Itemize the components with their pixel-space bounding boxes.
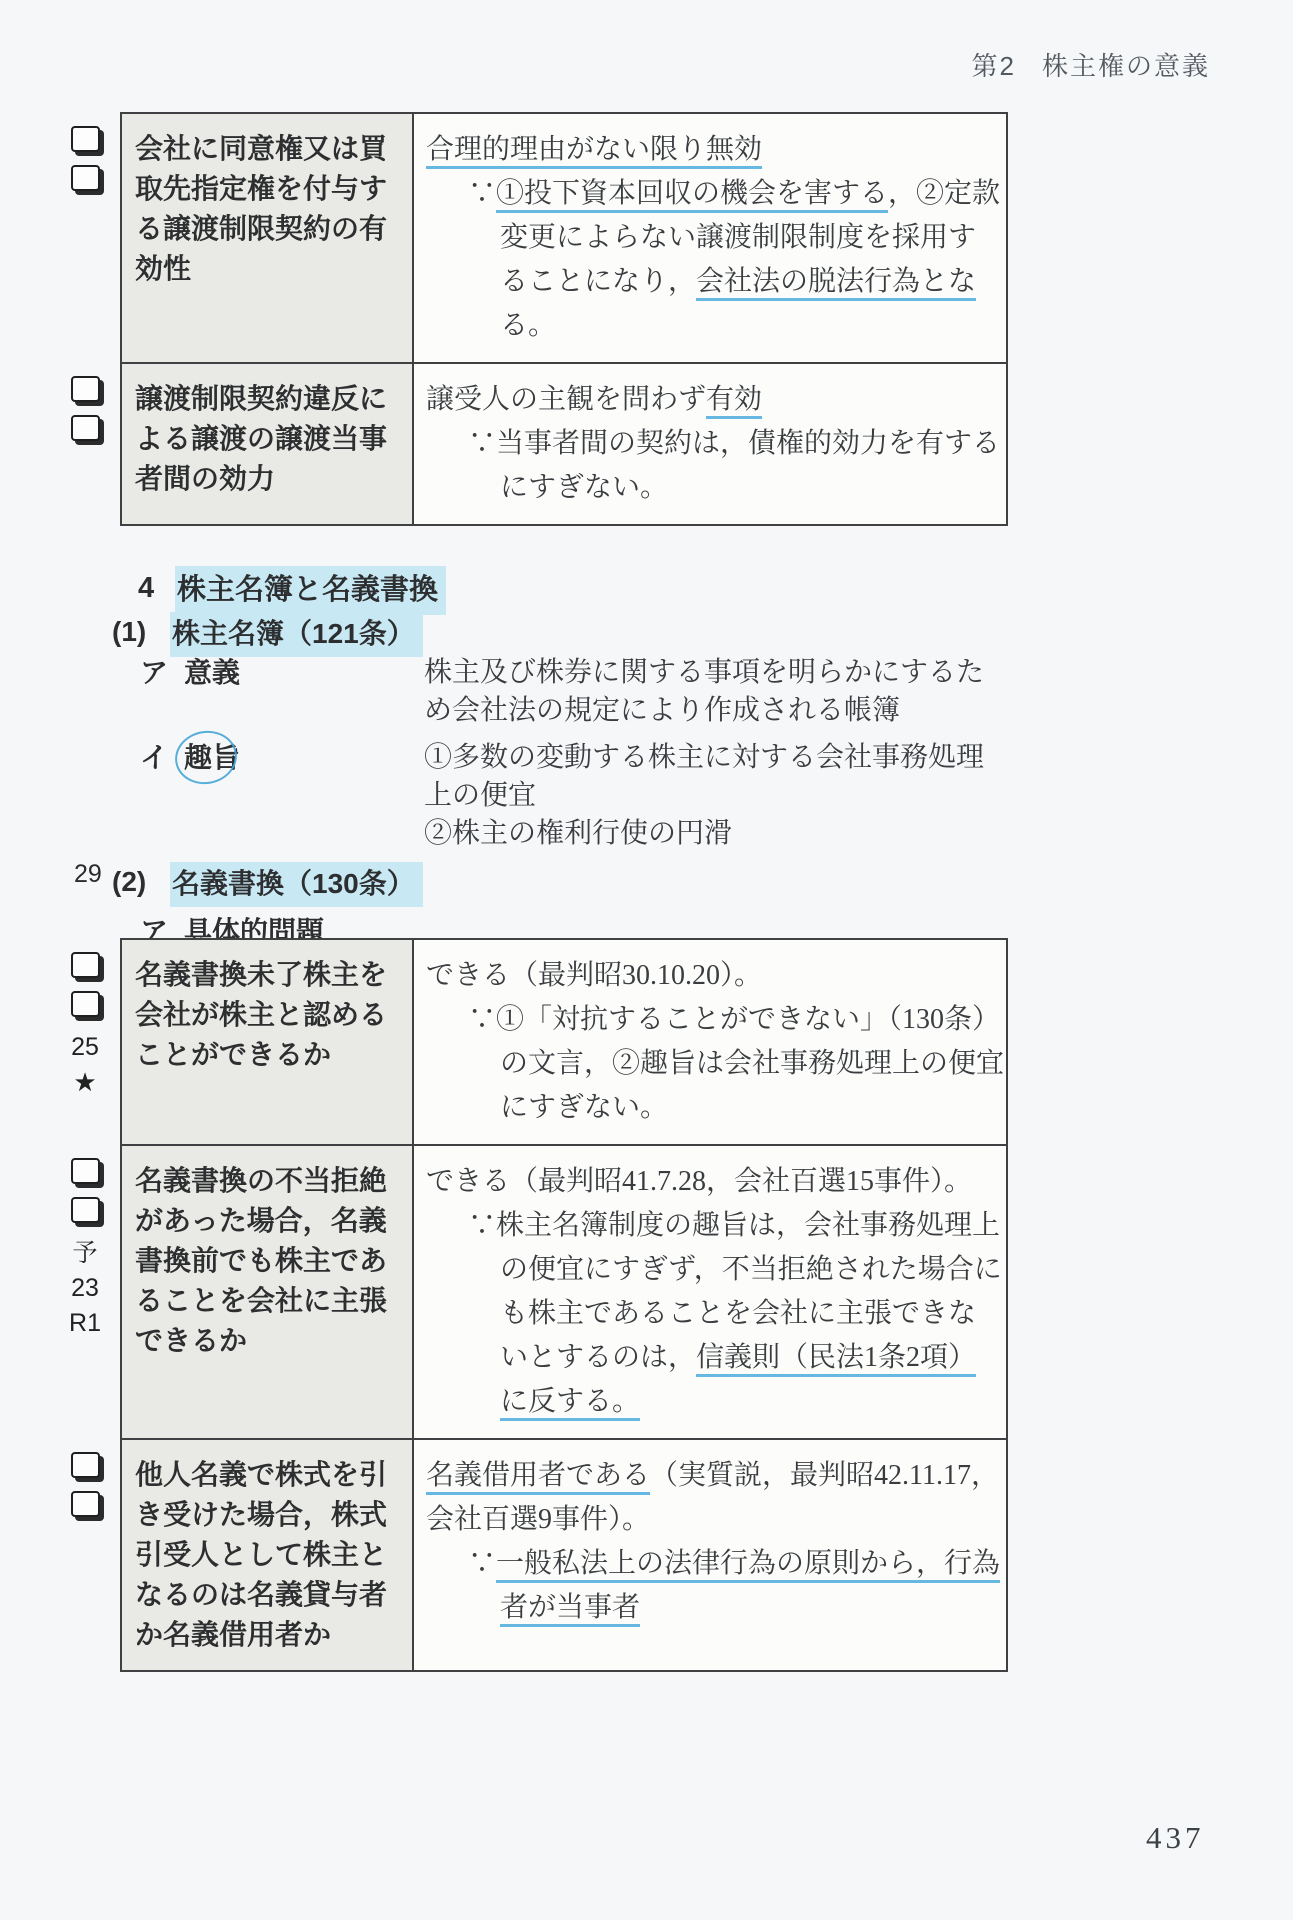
checkbox-icon — [71, 1452, 100, 1478]
table-row: 会社に同意権又は買取先指定権を付与する譲渡制限契約の有効性合理的理由がない限り無… — [122, 114, 1006, 362]
outline-line: め会社法の規定により作成される帳簿 — [62, 692, 1122, 730]
row-margin-markers: 25★ — [64, 952, 106, 1100]
subsection-title-highlighted: 株主名簿（121条） — [170, 612, 423, 657]
answer-text: いとするのは， — [500, 1342, 696, 1373]
exam-tag-label: 予 — [64, 1236, 106, 1271]
checkbox-icon — [71, 126, 100, 152]
section-heading: 4株主名簿と名義書換 — [62, 566, 1122, 612]
row-margin-markers — [64, 376, 106, 454]
answer-line: ∵当事者間の契約は，債権的効力を有する — [426, 422, 1006, 466]
answer-line: 変更によらない譲渡制限制度を採用す — [426, 216, 1006, 260]
chapter-title: 株主権の意義 — [1042, 46, 1210, 83]
answer-text: ∵ — [468, 1210, 496, 1241]
answer-line: の便宜にすぎず，不当拒絶された場合に — [426, 1248, 1006, 1292]
exam-tag-label: 25 — [64, 1030, 106, 1065]
answer-line: も株主であることを会社に主張できな — [426, 1292, 1006, 1336]
issues-table-2: 25★名義書換未了株主を会社が株主と認めることができるかできる（最判昭30.10… — [62, 938, 1012, 1672]
margin-number: 29 — [74, 854, 102, 894]
answer-line: 名義借用者である（実質説，最判昭42.11.17， — [426, 1454, 1006, 1498]
answer-line: 者が当事者 — [426, 1586, 1006, 1630]
answer-text: 変更によらない譲渡制限制度を採用す — [500, 222, 976, 253]
marker-underlined-text: 合理的理由がない限り無効 — [426, 134, 762, 169]
question-cell: 名義書換の不当拒絶があった場合，名義書換前でも株主であることを会社に主張できるか — [122, 1146, 414, 1438]
answer-text: 当事者間の契約は，債権的効力を有する — [496, 428, 1000, 459]
marker-underlined-text: 名義借用者である — [426, 1460, 650, 1495]
answer-text: ∵ — [468, 178, 496, 209]
checkbox-icon — [71, 415, 100, 441]
table-body: 25★名義書換未了株主を会社が株主と認めることができるかできる（最判昭30.10… — [120, 938, 1008, 1672]
subsection-label: (1) — [112, 612, 146, 652]
marker-underlined-text: 信義則（民法1条2項） — [696, 1342, 976, 1377]
answer-text: 株主名簿制度の趣旨は，会社事務処理上 — [496, 1210, 1000, 1241]
table-row: 譲渡制限契約違反による譲渡の譲渡当事者間の効力譲受人の主観を問わず有効∵当事者間… — [122, 362, 1006, 524]
table-row: 予23R1名義書換の不当拒絶があった場合，名義書換前でも株主であることを会社に主… — [122, 1144, 1006, 1438]
outline-line: ②株主の権利行使の円滑 — [62, 815, 1122, 853]
row-margin-markers — [64, 126, 106, 204]
answer-line: る。 — [426, 304, 1006, 348]
definition-text: 株主及び株券に関する事項を明らかにするた — [424, 654, 984, 691]
question-cell: 他人名義で株式を引き受けた場合，株式引受人として株主となるのは名義貸与者か名義借… — [122, 1440, 414, 1670]
answer-cell: できる（最判昭30.10.20）。∵①「対抗することができない」（130条）の文… — [414, 940, 1006, 1144]
row-margin-markers — [64, 1452, 106, 1530]
exam-tag-label: 23 — [64, 1271, 106, 1306]
answer-text: ることになり， — [500, 266, 696, 297]
checkbox-icon — [71, 165, 100, 191]
heading-title-highlighted: 株主名簿と名義書換 — [175, 566, 446, 615]
answer-text: の文言，②趣旨は会社事務処理上の便宜 — [500, 1048, 1004, 1079]
definition-text: め会社法の規定により作成される帳簿 — [424, 692, 900, 729]
answer-text: （実質説，最判昭42.11.17， — [650, 1460, 999, 1491]
answer-text: も株主であることを会社に主張できな — [500, 1298, 976, 1329]
answer-line: にすぎない。 — [426, 466, 1006, 510]
chapter-label: 第2 — [972, 46, 1016, 83]
answer-line: ∵①投下資本回収の機会を害する，②定款 — [426, 172, 1006, 216]
star-icon: ★ — [64, 1065, 106, 1100]
issues-table-1: 会社に同意権又は買取先指定権を付与する譲渡制限契約の有効性合理的理由がない限り無… — [62, 112, 1012, 526]
answer-text: ∵ — [468, 1548, 496, 1579]
marker-underlined-text: に反する。 — [500, 1386, 640, 1421]
table-row: 他人名義で株式を引き受けた場合，株式引受人として株主となるのは名義貸与者か名義借… — [122, 1438, 1006, 1670]
answer-text: の便宜にすぎず，不当拒絶された場合に — [500, 1254, 1002, 1285]
answer-cell: 譲受人の主観を問わず有効∵当事者間の契約は，債権的効力を有するにすぎない。 — [414, 364, 1006, 524]
marker-underlined-text: ①投下資本回収の機会を害する — [496, 178, 888, 213]
exam-tag-label: R1 — [64, 1306, 106, 1341]
table-body: 会社に同意権又は買取先指定権を付与する譲渡制限契約の有効性合理的理由がない限り無… — [120, 112, 1008, 526]
definition-text: ②株主の権利行使の円滑 — [424, 815, 732, 852]
answer-cell: できる（最判昭41.7.28，会社百選15事件）。∵株主名簿制度の趣旨は，会社事… — [414, 1146, 1006, 1438]
item-kana-label: ア — [140, 654, 168, 691]
answer-line: 会社百選9事件）。 — [426, 1498, 1006, 1542]
answer-text: る。 — [500, 310, 556, 341]
term-label-pen-circled: 趣旨 — [184, 739, 240, 776]
answer-line: ることになり，会社法の脱法行為とな — [426, 260, 1006, 304]
question-cell: 会社に同意権又は買取先指定権を付与する譲渡制限契約の有効性 — [122, 114, 414, 362]
answer-text: ①「対抗することができない」（130条） — [496, 1004, 1000, 1035]
answer-text: できる（最判昭41.7.28，会社百選15事件）。 — [426, 1166, 972, 1197]
marker-underlined-text: 一般私法上の法律行為の原則から，行為 — [496, 1548, 1000, 1583]
term-label: 意義 — [184, 654, 240, 691]
subsection-heading: (1)株主名簿（121条） — [62, 612, 1122, 654]
checkbox-icon — [71, 1158, 100, 1184]
answer-text: 会社百選9事件）。 — [426, 1504, 650, 1535]
checkbox-icon — [71, 991, 100, 1017]
answer-cell: 名義借用者である（実質説，最判昭42.11.17，会社百選9事件）。∵一般私法上… — [414, 1440, 1006, 1670]
answer-cell: 合理的理由がない限り無効∵①投下資本回収の機会を害する，②定款変更によらない譲渡… — [414, 114, 1006, 362]
question-cell: 名義書換未了株主を会社が株主と認めることができるか — [122, 940, 414, 1144]
outline-line: ア意義株主及び株券に関する事項を明らかにするた — [62, 654, 1122, 692]
table-row: 25★名義書換未了株主を会社が株主と認めることができるかできる（最判昭30.10… — [122, 940, 1006, 1144]
question-cell: 譲渡制限契約違反による譲渡の譲渡当事者間の効力 — [122, 364, 414, 524]
answer-line: できる（最判昭41.7.28，会社百選15事件）。 — [426, 1160, 1006, 1204]
answer-line: いとするのは，信義則（民法1条2項） — [426, 1336, 1006, 1380]
item-kana-label: イ — [140, 739, 168, 776]
checkbox-icon — [71, 1491, 100, 1517]
answer-line: できる（最判昭30.10.20）。 — [426, 954, 1006, 998]
answer-line: ∵①「対抗することができない」（130条） — [426, 998, 1006, 1042]
answer-text: 譲受人の主観を問わず — [426, 384, 706, 415]
row-margin-markers: 予23R1 — [64, 1158, 106, 1341]
answer-text: できる（最判昭30.10.20）。 — [426, 960, 762, 991]
answer-text: ∵ — [468, 428, 496, 459]
heading-number: 4 — [138, 566, 154, 610]
answer-text: にすぎない。 — [500, 1092, 668, 1123]
marker-underlined-text: 会社法の脱法行為とな — [696, 266, 976, 301]
running-header: 第2 株主権の意義 — [972, 46, 1210, 83]
subsection-label: (2) — [112, 862, 146, 902]
marker-underlined-text: 有効 — [706, 384, 762, 419]
answer-line: にすぎない。 — [426, 1086, 1006, 1130]
outline-line: イ趣旨①多数の変動する株主に対する会社事務処理 — [62, 739, 1122, 777]
page-number: 437 — [1146, 1820, 1205, 1856]
outline-line: 上の便宜 — [62, 777, 1122, 815]
answer-line: ∵一般私法上の法律行為の原則から，行為 — [426, 1542, 1006, 1586]
answer-text: ∵ — [468, 1004, 496, 1035]
subsection-title-highlighted: 名義書換（130条） — [170, 862, 423, 907]
definition-text: 上の便宜 — [424, 777, 536, 814]
marker-underlined-text: 者が当事者 — [500, 1592, 640, 1627]
definition-text: ①多数の変動する株主に対する会社事務処理 — [424, 739, 984, 776]
answer-text: にすぎない。 — [500, 472, 668, 503]
checkbox-icon — [71, 1197, 100, 1223]
subsection-heading: 29(2)名義書換（130条） — [62, 862, 1122, 904]
section-outline: 4株主名簿と名義書換(1)株主名簿（121条）ア意義株主及び株券に関する事項を明… — [62, 566, 1122, 951]
answer-text: ，②定款 — [888, 178, 1000, 209]
answer-line: の文言，②趣旨は会社事務処理上の便宜 — [426, 1042, 1006, 1086]
checkbox-icon — [71, 376, 100, 402]
book-page: 第2 株主権の意義 会社に同意権又は買取先指定権を付与する譲渡制限契約の有効性合… — [0, 0, 1293, 1920]
answer-line: 譲受人の主観を問わず有効 — [426, 378, 1006, 422]
answer-line: ∵株主名簿制度の趣旨は，会社事務処理上 — [426, 1204, 1006, 1248]
answer-line: に反する。 — [426, 1380, 1006, 1424]
answer-line: 合理的理由がない限り無効 — [426, 128, 1006, 172]
checkbox-icon — [71, 952, 100, 978]
